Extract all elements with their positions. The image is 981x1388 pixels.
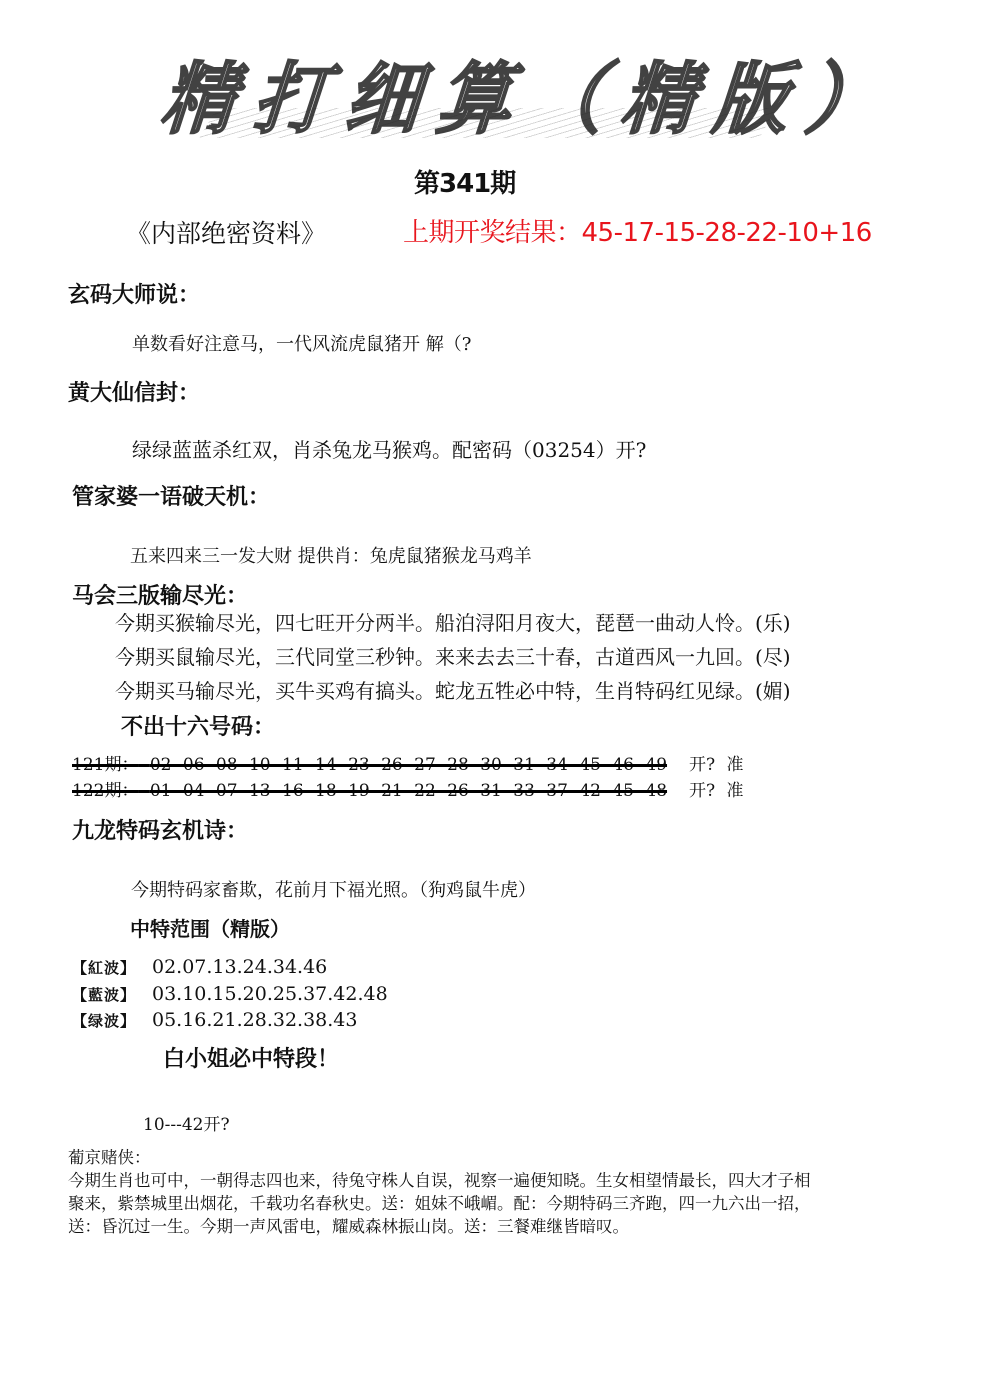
pujing-section: 葡京赌侠： 今期生肖也可中，一朝得志四也来，待兔守株人自误，视察一遍便知晓。生女… xyxy=(68,1146,948,1238)
buchu-row-status: 开? 准 xyxy=(689,781,744,801)
last-result: 上期开奖结果：45-17-15-28-22-10+16 xyxy=(403,212,872,249)
buchu-row-values: 01 04 07 13 16 18 19 21 22 26 31 33 37 4… xyxy=(150,781,667,801)
last-result-numbers: 45-17-15-28-22-10+16 xyxy=(582,218,872,248)
xuanma-text: 单数看好注意马，一代风流虎鼠猪开 解（? xyxy=(132,330,471,356)
buchu-heading: 不出十六号码： xyxy=(121,710,275,741)
last-result-label: 上期开奖结果： xyxy=(403,218,582,248)
huangdaxian-heading: 黄大仙信封： xyxy=(68,376,200,407)
wave-numbers: 03.10.15.20.25.37.42.48 xyxy=(152,983,388,1005)
jiulong-heading: 九龙特码玄机诗： xyxy=(72,814,248,845)
wave-row-blue: 【藍波】03.10.15.20.25.37.42.48 xyxy=(72,983,388,1005)
xuanma-heading: 玄码大师说： xyxy=(68,278,200,309)
wave-label: 【藍波】 xyxy=(72,984,152,1005)
buchu-row: 122期： 01 04 07 13 16 18 19 21 22 26 31 3… xyxy=(72,776,744,801)
buchu-row-values: 02 06 08 10 11 14 23 26 27 28 30 31 34 4… xyxy=(150,755,667,775)
guanjiapo-text: 五来四来三一发大财 提供肖：兔虎鼠猪猴龙马鸡羊 xyxy=(130,542,532,568)
buchu-row-numbers: 121期： 02 06 08 10 11 14 23 26 27 28 30 3… xyxy=(72,755,667,775)
pujing-line: 今期生肖也可中，一朝得志四也来，待兔守株人自误，视察一遍便知晓。生女相望情最长，… xyxy=(68,1169,948,1192)
mahui-line: 今期买猴输尽光，四七旺开分两半。船泊浔阳月夜大，琵琶一曲动人怜。(乐) xyxy=(115,607,791,636)
banner-title-text: 精打细算（精版） xyxy=(152,38,924,149)
wave-row-red: 【紅波】02.07.13.24.34.46 xyxy=(72,956,327,978)
buchu-row: 121期： 02 06 08 10 11 14 23 26 27 28 30 3… xyxy=(72,750,744,775)
mahui-heading: 马会三版输尽光： xyxy=(72,579,248,610)
pujing-heading: 葡京赌侠： xyxy=(68,1146,948,1169)
guanjiapo-heading: 管家婆一语破天机： xyxy=(72,480,270,511)
baixiaojie-heading: 白小姐必中特段！ xyxy=(163,1042,339,1073)
wave-numbers: 05.16.21.28.32.38.43 xyxy=(152,1009,357,1031)
banner-title: 精打细算（精版） xyxy=(178,30,798,140)
secret-label: 《内部绝密资料》 xyxy=(126,214,326,250)
mahui-line: 今期买马输尽光，买牛买鸡有搞头。蛇龙五牲必中特，生肖特码红见绿。(媚) xyxy=(115,675,791,704)
pujing-line: 聚来，紫禁城里出烟花，千载功名春秋史。送：姐妹不峨嵋。配：今期特码三齐跑，四一九… xyxy=(68,1192,948,1215)
buchu-row-label: 121期： xyxy=(72,755,138,775)
issue-number: 第341期 xyxy=(414,163,515,200)
huangdaxian-text: 绿绿蓝蓝杀红双，肖杀兔龙马猴鸡。配密码（03254）开? xyxy=(132,434,646,463)
buchu-row-label: 122期： xyxy=(72,781,138,801)
pujing-line: 送：昏沉过一生。今期一声风雷电，耀威森林振山岗。送：三餐难继皆暗叹。 xyxy=(68,1215,948,1238)
buchu-row-status: 开? 准 xyxy=(689,755,744,775)
jiulong-text: 今期特码家畜欺，花前月下福光照。（狗鸡鼠牛虎） xyxy=(131,876,536,902)
wave-label: 【绿波】 xyxy=(72,1010,152,1031)
zhongte-heading: 中特范围（精版） xyxy=(130,913,290,942)
buchu-row-numbers: 122期： 01 04 07 13 16 18 19 21 22 26 31 3… xyxy=(72,781,667,801)
baixiaojie-range: 10---42开? xyxy=(143,1110,230,1135)
wave-row-green: 【绿波】05.16.21.28.32.38.43 xyxy=(72,1009,357,1031)
wave-label: 【紅波】 xyxy=(72,957,152,978)
mahui-line: 今期买鼠输尽光，三代同堂三秒钟。来来去去三十春，古道西风一九回。(尽) xyxy=(115,641,791,670)
wave-numbers: 02.07.13.24.34.46 xyxy=(152,956,327,978)
